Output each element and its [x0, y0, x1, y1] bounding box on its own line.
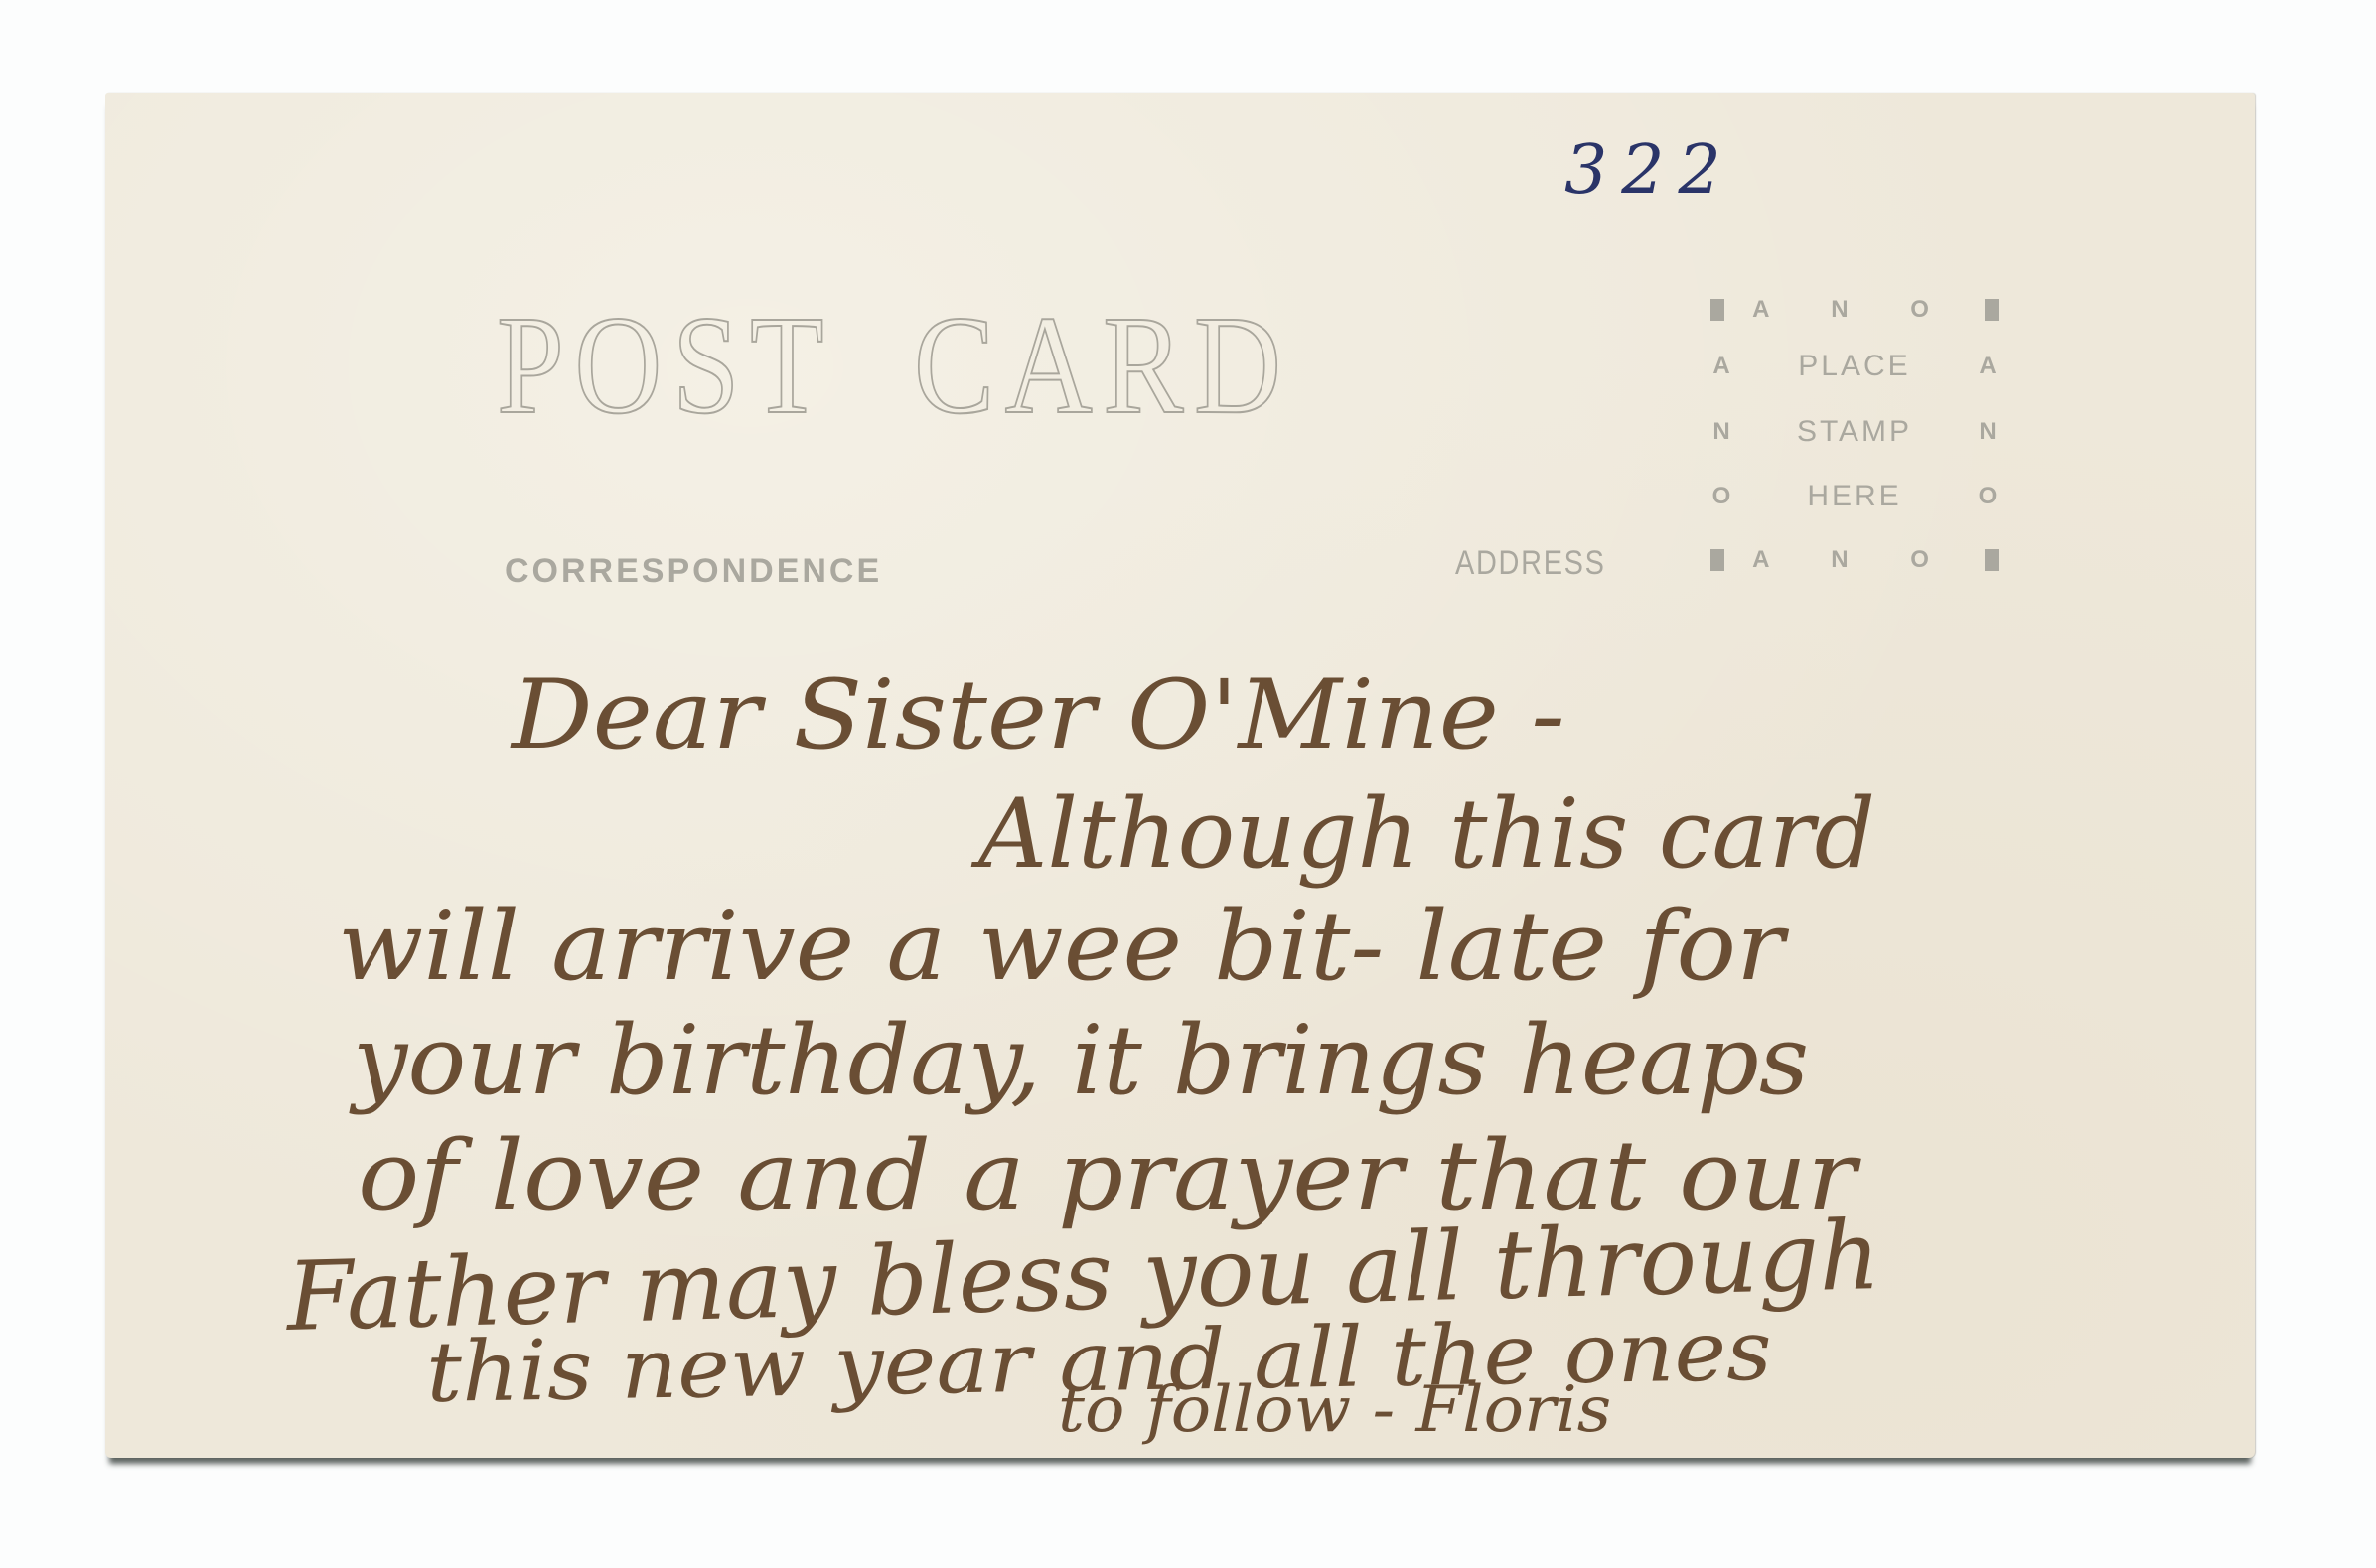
stamp-side-letter: O: [1977, 485, 1999, 508]
stamp-top-brand: A N O: [1724, 298, 1985, 322]
stamp-corner-mark: [1985, 299, 1999, 321]
stamp-side-letter: N: [1977, 420, 1999, 444]
stamp-corner-mark: [1710, 299, 1724, 321]
stamp-box-row-here: O HERE O: [1710, 482, 1999, 511]
stamp-side-letter: O: [1710, 485, 1732, 508]
address-label: ADDRESS: [1455, 544, 1606, 583]
stamp-text-here: HERE: [1732, 482, 1977, 511]
archive-number-note: 322: [1564, 137, 1735, 205]
stamp-side-letter: N: [1710, 420, 1732, 444]
handwritten-line: your birthday, it brings heaps: [353, 1013, 1809, 1108]
stamp-box-row-stamp: N STAMP N: [1710, 417, 1999, 447]
stamp-side-letter: A: [1977, 355, 1999, 378]
stamp-corner-mark: [1710, 549, 1724, 571]
stamp-text-stamp: STAMP: [1732, 417, 1977, 447]
stamp-side-letter: A: [1710, 355, 1732, 378]
stamp-box-row-place: A PLACE A: [1710, 352, 1999, 381]
stamp-box: A N O A PLACE A N STAMP N O HERE O A N O: [1710, 288, 1999, 576]
handwritten-salutation: Dear Sister O'Mine -: [512, 667, 1565, 763]
stamp-corner-mark: [1985, 549, 1999, 571]
correspondence-label: CORRESPONDENCE: [505, 552, 882, 591]
handwritten-line: Although this card: [978, 786, 1875, 882]
stamp-box-top-row: A N O: [1710, 298, 1999, 322]
handwritten-line: will arrive a wee bit- late for: [338, 899, 1784, 994]
postcard-heading: POST CARD: [497, 294, 1291, 435]
handwritten-closing-signature: to follow - Floris: [1058, 1378, 1611, 1442]
stamp-text-place: PLACE: [1732, 352, 1977, 381]
stamp-box-bottom-row: A N O: [1710, 548, 1999, 572]
stamp-bottom-brand: A N O: [1724, 548, 1985, 572]
